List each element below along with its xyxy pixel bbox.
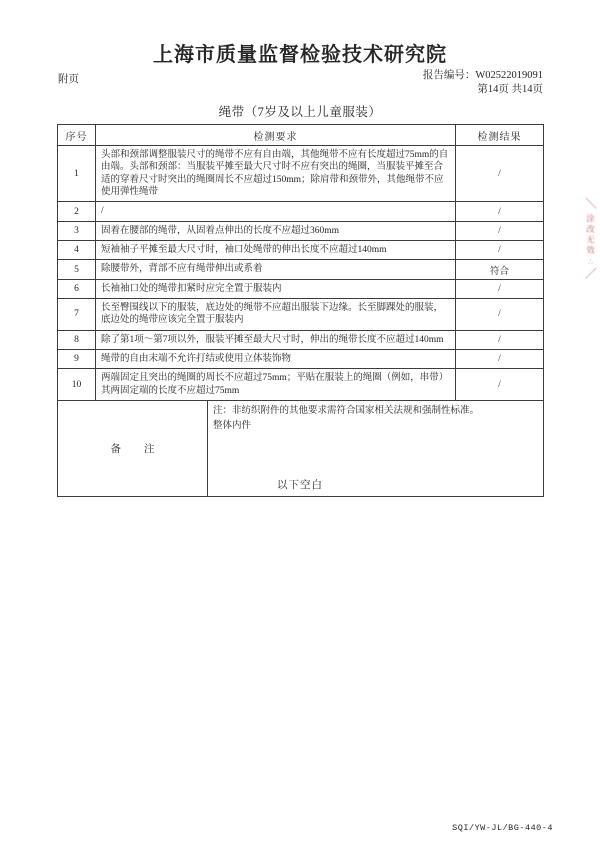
row-result: / bbox=[456, 279, 544, 298]
inspection-table: 序号 检测要求 检测结果 1头部和颈部调整服装尺寸的绳带不应有自由端，其他绳带不… bbox=[57, 124, 544, 497]
table-header-row: 序号 检测要求 检测结果 bbox=[58, 125, 544, 146]
row-requirement: 固着在腰部的绳带，从固着点伸出的长度不应超过360mm bbox=[96, 221, 456, 240]
table-row: 7长至臀围线以下的服装，底边处的绳带不应超出服装下边缘。长至脚踝处的服装，底边处… bbox=[58, 299, 544, 331]
row-no: 3 bbox=[58, 221, 96, 240]
row-result: / bbox=[456, 202, 544, 221]
row-result: / bbox=[456, 221, 544, 240]
row-result: / bbox=[456, 350, 544, 369]
section-title: 绳带（7岁及以上儿童服装） bbox=[0, 102, 600, 120]
row-requirement: 长袖袖口处的绳带扣紧时应完全置于服装内 bbox=[96, 279, 456, 298]
row-requirement: 绳带的自由末端不允许打结或使用立体装饰物 bbox=[96, 350, 456, 369]
page-title: 上海市质量监督检验技术研究院 bbox=[0, 38, 600, 67]
row-no: 4 bbox=[58, 241, 96, 260]
row-no: 5 bbox=[58, 260, 96, 279]
row-requirement: 除了第1项～第7项以外，服装平摊至最大尺寸时，伸出的绳带长度不应超过140mm bbox=[96, 330, 456, 349]
stamp-text: 涂改无效 bbox=[585, 214, 597, 256]
row-no: 8 bbox=[58, 330, 96, 349]
table-row: 1头部和颈部调整服装尺寸的绳带不应有自由端，其他绳带不应有长度超过75mm的自由… bbox=[58, 146, 544, 202]
row-requirement: 短袖袖子平摊至最大尺寸时，袖口处绳带的伸出长度不应超过140mm bbox=[96, 241, 456, 260]
row-requirement: 长至臀围线以下的服装，底边处的绳带不应超出服装下边缘。长至脚踝处的服装，底边处的… bbox=[96, 299, 456, 331]
row-requirement: 头部和颈部调整服装尺寸的绳带不应有自由端，其他绳带不应有长度超过75mm的自由端… bbox=[96, 146, 456, 202]
below-blank-label: 以下空白 bbox=[0, 477, 600, 492]
row-requirement: 两端固定且突出的绳圈的周长不应超过75mm；平贴在服装上的绳圈（例如，串带）其两… bbox=[96, 369, 456, 401]
attach-page-label: 附页 bbox=[58, 71, 79, 86]
col-header-no: 序号 bbox=[58, 125, 96, 146]
remark-note-line1: 注：非纺织附件的其他要求需符合国家相关法规和强制性标准。 bbox=[213, 404, 538, 419]
table-row: 10两端固定且突出的绳圈的周长不应超过75mm；平贴在服装上的绳圈（例如，串带）… bbox=[58, 369, 544, 401]
row-result: / bbox=[456, 369, 544, 401]
table-row: 9绳带的自由末端不允许打结或使用立体装饰物/ bbox=[58, 350, 544, 369]
table-row: 3固着在腰部的绳带，从固着点伸出的长度不应超过360mm/ bbox=[58, 221, 544, 240]
report-number-value: W02522019091 bbox=[475, 70, 543, 81]
row-no: 10 bbox=[58, 369, 96, 401]
report-number-line: 报告编号：W02522019091 bbox=[423, 69, 543, 83]
row-requirement: / bbox=[96, 202, 456, 221]
row-requirement: 除腰带外，背部不应有绳带伸出或系着 bbox=[96, 260, 456, 279]
table-row: 6长袖袖口处的绳带扣紧时应完全置于服装内/ bbox=[58, 279, 544, 298]
remark-note-line2: 整体内件 bbox=[213, 419, 538, 434]
table-row: 8除了第1项～第7项以外，服装平摊至最大尺寸时，伸出的绳带长度不应超过140mm… bbox=[58, 330, 544, 349]
stamp-slash-top-icon: ＼ bbox=[585, 199, 597, 211]
row-result: / bbox=[456, 330, 544, 349]
row-result: 符合 bbox=[456, 260, 544, 279]
table-row: 5除腰带外，背部不应有绳带伸出或系着符合 bbox=[58, 260, 544, 279]
table-body: 1头部和颈部调整服装尺寸的绳带不应有自由端，其他绳带不应有长度超过75mm的自由… bbox=[58, 146, 544, 401]
col-header-requirement: 检测要求 bbox=[96, 125, 456, 146]
doc-code: SQI/YW-JL/BG-440-4 bbox=[452, 823, 553, 833]
row-no: 9 bbox=[58, 350, 96, 369]
table-row: 4短袖袖子平摊至最大尺寸时，袖口处绳带的伸出长度不应超过140mm/ bbox=[58, 241, 544, 260]
stamp-dots-icon: ∴ bbox=[588, 258, 592, 266]
report-number-label: 报告编号： bbox=[423, 70, 476, 81]
page-indicator: 第14页 共14页 bbox=[423, 83, 543, 97]
table-row: 2// bbox=[58, 202, 544, 221]
row-result: / bbox=[456, 146, 544, 202]
stamp-slash-bottom-icon: ／ bbox=[585, 269, 597, 281]
col-header-result: 检测结果 bbox=[456, 125, 544, 146]
row-no: 2 bbox=[58, 202, 96, 221]
row-result: / bbox=[456, 299, 544, 331]
edge-stamp: ＼ 涂改无效 ∴ ／ bbox=[583, 200, 598, 280]
row-no: 6 bbox=[58, 279, 96, 298]
report-meta: 报告编号：W02522019091 第14页 共14页 bbox=[423, 69, 543, 97]
row-no: 7 bbox=[58, 299, 96, 331]
row-result: / bbox=[456, 241, 544, 260]
row-no: 1 bbox=[58, 146, 96, 202]
